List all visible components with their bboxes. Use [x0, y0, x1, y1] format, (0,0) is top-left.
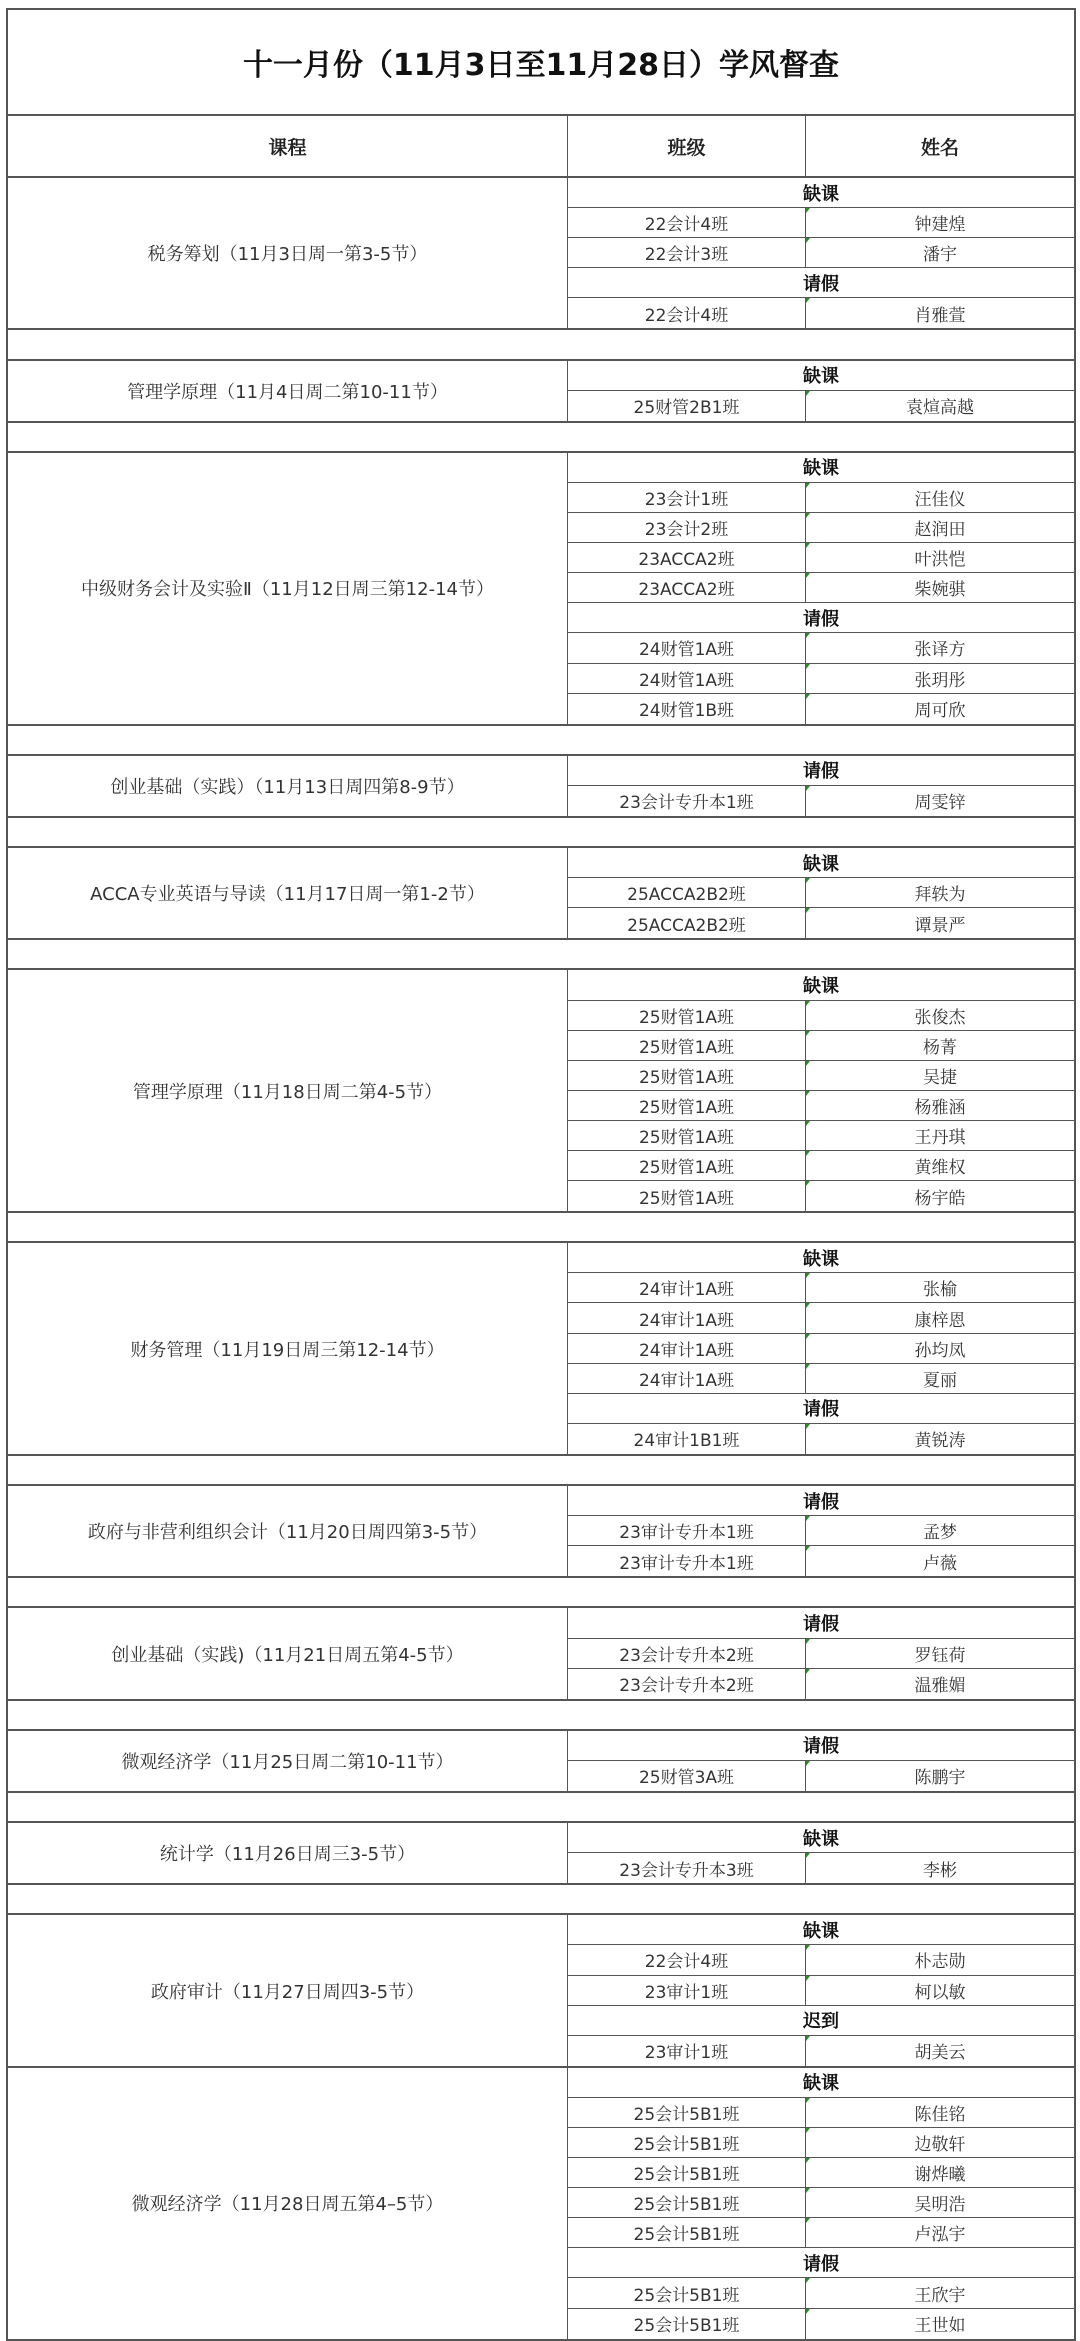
name-cell: 朴志勋: [806, 1945, 1074, 1974]
category-row: 缺课: [568, 2068, 1074, 2098]
name-cell: 张译方: [806, 633, 1074, 662]
class-cell: 25会计5B1班: [568, 2278, 806, 2307]
course-group: 微观经济学（11月25日周二第10-11节）请假25财管3A班陈鹏宇: [8, 1731, 1074, 1793]
class-cell: 25财管3A班: [568, 1761, 806, 1791]
class-cell: 25会计5B1班: [568, 2218, 806, 2247]
table-row: 22会计3班潘宇: [568, 238, 1074, 268]
course-group: 微观经济学（11月28日周五第4–5节）缺课25会计5B1班陈佳铭25会计5B1…: [8, 2068, 1074, 2339]
name-cell: 王欣宇: [806, 2278, 1074, 2307]
records: 请假23会计专升本1班周雯锌: [568, 756, 1074, 816]
course-cell: ACCA专业英语与导读（11月17日周一第1-2节）: [8, 848, 568, 938]
table-row: 22会计4班钟建煌: [568, 208, 1074, 238]
class-cell: 24财管1B班: [568, 694, 806, 724]
name-cell: 孟梦: [806, 1516, 1074, 1545]
class-cell: 25会计5B1班: [568, 2158, 806, 2187]
name-cell: 拜轶为: [806, 878, 1074, 907]
class-cell: 23ACCA2班: [568, 543, 806, 572]
name-cell: 李彬: [806, 1853, 1074, 1883]
spacer-row: [8, 940, 1074, 970]
table-row: 25财管1A班杨雅涵: [568, 1091, 1074, 1121]
spacer-row: [8, 1578, 1074, 1608]
spacer-row: [8, 330, 1074, 360]
category-row: 请假: [568, 756, 1074, 786]
name-cell: 孙均凤: [806, 1334, 1074, 1363]
name-cell: 吴明浩: [806, 2188, 1074, 2217]
class-cell: 24财管1A班: [568, 664, 806, 693]
spacer-row: [8, 1701, 1074, 1731]
class-cell: 23会计专升本3班: [568, 1853, 806, 1883]
category-row: 请假: [568, 2248, 1074, 2278]
name-cell: 杨菁: [806, 1031, 1074, 1060]
table-row: 24审计1B1班黄锐涛: [568, 1424, 1074, 1454]
table-row: 22会计4班朴志勋: [568, 1945, 1074, 1975]
name-cell: 汪佳仪: [806, 483, 1074, 512]
name-cell: 谭景严: [806, 908, 1074, 938]
class-cell: 25会计5B1班: [568, 2128, 806, 2157]
course-group: 管理学原理（11月18日周二第4-5节）缺课25财管1A班张俊杰25财管1A班杨…: [8, 970, 1074, 1213]
records: 缺课25会计5B1班陈佳铭25会计5B1班边敬轩25会计5B1班谢烨曦25会计5…: [568, 2068, 1074, 2339]
course-cell: 中级财务会计及实验Ⅱ（11月12日周三第12-14节）: [8, 453, 568, 724]
name-cell: 罗钰荷: [806, 1639, 1074, 1668]
table-row: 23会计专升本2班温雅媚: [568, 1669, 1074, 1699]
course-cell: 政府审计（11月27日周四3-5节）: [8, 1915, 568, 2065]
table-row: 23会计2班赵润田: [568, 513, 1074, 543]
class-cell: 22会计4班: [568, 208, 806, 237]
name-cell: 赵润田: [806, 513, 1074, 542]
course-group: 政府与非营利组织会计（11月20日周四第3-5节）请假23审计专升本1班孟梦23…: [8, 1486, 1074, 1578]
name-cell: 温雅媚: [806, 1669, 1074, 1699]
class-cell: 25财管2B1班: [568, 391, 806, 421]
table-row: 25财管3A班陈鹏宇: [568, 1761, 1074, 1791]
table-body: 税务筹划（11月3日周一第3-5节）缺课22会计4班钟建煌22会计3班潘宇请假2…: [8, 178, 1074, 2339]
records: 请假23审计专升本1班孟梦23审计专升本1班卢薇: [568, 1486, 1074, 1576]
records: 请假23会计专升本2班罗钰荷23会计专升本2班温雅媚: [568, 1608, 1074, 1698]
class-cell: 22会计4班: [568, 298, 806, 328]
name-cell: 周可欣: [806, 694, 1074, 724]
category-row: 缺课: [568, 1915, 1074, 1945]
table-row: 25财管1A班杨宇皓: [568, 1181, 1074, 1211]
table-row: 24审计1A班孙均凤: [568, 1334, 1074, 1364]
records: 缺课23会计专升本3班李彬: [568, 1823, 1074, 1883]
course-group: ACCA专业英语与导读（11月17日周一第1-2节）缺课25ACCA2B2班拜轶…: [8, 848, 1074, 940]
name-cell: 王丹琪: [806, 1121, 1074, 1150]
course-group: 政府审计（11月27日周四3-5节）缺课22会计4班朴志勋23审计1班柯以敏迟到…: [8, 1915, 1074, 2067]
name-cell: 肖雅萱: [806, 298, 1074, 328]
table-row: 25财管1A班张俊杰: [568, 1001, 1074, 1031]
records: 缺课25ACCA2B2班拜轶为25ACCA2B2班谭景严: [568, 848, 1074, 938]
class-cell: 23会计2班: [568, 513, 806, 542]
sheet-title: 十一月份（11月3日至11月28日）学风督查: [8, 10, 1074, 116]
class-cell: 23会计专升本2班: [568, 1669, 806, 1699]
spacer-row: [8, 1885, 1074, 1915]
class-cell: 25ACCA2B2班: [568, 908, 806, 938]
table-row: 23会计专升本2班罗钰荷: [568, 1639, 1074, 1669]
name-cell: 卢泓宇: [806, 2218, 1074, 2247]
course-group: 税务筹划（11月3日周一第3-5节）缺课22会计4班钟建煌22会计3班潘宇请假2…: [8, 178, 1074, 330]
class-cell: 22会计4班: [568, 1945, 806, 1974]
class-cell: 23审计1班: [568, 2036, 806, 2066]
header-class: 班级: [568, 116, 806, 176]
table-row: 24审计1A班张榆: [568, 1273, 1074, 1303]
class-cell: 25财管1A班: [568, 1121, 806, 1150]
name-cell: 谢烨曦: [806, 2158, 1074, 2187]
spacer-row: [8, 818, 1074, 848]
class-cell: 25财管1A班: [568, 1031, 806, 1060]
header-name: 姓名: [806, 116, 1074, 176]
table-row: 24财管1A班张玥彤: [568, 664, 1074, 694]
class-cell: 25会计5B1班: [568, 2188, 806, 2217]
spacer-row: [8, 1456, 1074, 1486]
table-row: 24审计1A班夏丽: [568, 1364, 1074, 1394]
table-row: 25会计5B1班王世如: [568, 2309, 1074, 2339]
category-row: 缺课: [568, 1823, 1074, 1853]
table-row: 23ACCA2班柴婉骐: [568, 573, 1074, 603]
category-row: 请假: [568, 1731, 1074, 1761]
table-row: 25会计5B1班边敬轩: [568, 2128, 1074, 2158]
name-cell: 周雯锌: [806, 786, 1074, 816]
records: 缺课22会计4班钟建煌22会计3班潘宇请假22会计4班肖雅萱: [568, 178, 1074, 328]
spacer-row: [8, 423, 1074, 453]
name-cell: 钟建煌: [806, 208, 1074, 237]
header-course: 课程: [8, 116, 568, 176]
table-row: 25财管1A班黄维权: [568, 1151, 1074, 1181]
course-cell: 管理学原理（11月4日周二第10-11节）: [8, 361, 568, 421]
records: 缺课24审计1A班张榆24审计1A班康梓恩24审计1A班孙均凤24审计1A班夏丽…: [568, 1243, 1074, 1454]
course-group: 管理学原理（11月4日周二第10-11节）缺课25财管2B1班袁煊高越: [8, 361, 1074, 423]
class-cell: 24审计1A班: [568, 1273, 806, 1302]
class-cell: 23会计专升本1班: [568, 786, 806, 816]
name-cell: 陈佳铭: [806, 2098, 1074, 2127]
table-row: 25会计5B1班吴明浩: [568, 2188, 1074, 2218]
course-group: 财务管理（11月19日周三第12-14节）缺课24审计1A班张榆24审计1A班康…: [8, 1243, 1074, 1456]
name-cell: 张榆: [806, 1273, 1074, 1302]
category-row: 缺课: [568, 970, 1074, 1000]
name-cell: 王世如: [806, 2309, 1074, 2339]
class-cell: 24审计1A班: [568, 1364, 806, 1393]
records: 请假25财管3A班陈鹏宇: [568, 1731, 1074, 1791]
category-row: 请假: [568, 1394, 1074, 1424]
name-cell: 袁煊高越: [806, 391, 1074, 421]
name-cell: 张俊杰: [806, 1001, 1074, 1030]
category-row: 缺课: [568, 848, 1074, 878]
name-cell: 边敬轩: [806, 2128, 1074, 2157]
course-cell: 税务筹划（11月3日周一第3-5节）: [8, 178, 568, 328]
class-cell: 25财管1A班: [568, 1151, 806, 1180]
table-row: 25会计5B1班卢泓宇: [568, 2218, 1074, 2248]
table-row: 25会计5B1班王欣宇: [568, 2278, 1074, 2308]
class-cell: 23审计1班: [568, 1976, 806, 2005]
records: 缺课22会计4班朴志勋23审计1班柯以敏迟到23审计1班胡美云: [568, 1915, 1074, 2065]
category-row: 请假: [568, 603, 1074, 633]
table-row: 23审计1班胡美云: [568, 2036, 1074, 2066]
table-row: 23审计专升本1班卢薇: [568, 1546, 1074, 1576]
name-cell: 杨雅涵: [806, 1091, 1074, 1120]
name-cell: 张玥彤: [806, 664, 1074, 693]
table-row: 25会计5B1班陈佳铭: [568, 2098, 1074, 2128]
course-group: 创业基础（实践）（11月13日周四第8-9节）请假23会计专升本1班周雯锌: [8, 756, 1074, 818]
table-row: 23会计专升本3班李彬: [568, 1853, 1074, 1883]
spacer-row: [8, 1213, 1074, 1243]
records: 缺课23会计1班汪佳仪23会计2班赵润田23ACCA2班叶洪恺23ACCA2班柴…: [568, 453, 1074, 724]
name-cell: 黄维权: [806, 1151, 1074, 1180]
course-cell: 财务管理（11月19日周三第12-14节）: [8, 1243, 568, 1454]
course-cell: 微观经济学（11月28日周五第4–5节）: [8, 2068, 568, 2339]
course-cell: 微观经济学（11月25日周二第10-11节）: [8, 1731, 568, 1791]
course-group: 创业基础（实践)（11月21日周五第4-5节）请假23会计专升本2班罗钰荷23会…: [8, 1608, 1074, 1700]
table-row: 24财管1A班张译方: [568, 633, 1074, 663]
class-cell: 25财管1A班: [568, 1001, 806, 1030]
category-row: 请假: [568, 268, 1074, 298]
spacer-row: [8, 726, 1074, 756]
name-cell: 杨宇皓: [806, 1181, 1074, 1211]
class-cell: 23审计专升本1班: [568, 1516, 806, 1545]
table-row: 23ACCA2班叶洪恺: [568, 543, 1074, 573]
class-cell: 25财管1A班: [568, 1091, 806, 1120]
class-cell: 25会计5B1班: [568, 2098, 806, 2127]
attendance-sheet: 十一月份（11月3日至11月28日）学风督查 课程 班级 姓名 税务筹划（11月…: [6, 8, 1076, 2339]
class-cell: 25财管1A班: [568, 1061, 806, 1090]
name-cell: 吴捷: [806, 1061, 1074, 1090]
course-cell: 创业基础（实践)（11月21日周五第4-5节）: [8, 1608, 568, 1698]
table-row: 25财管1A班王丹琪: [568, 1121, 1074, 1151]
course-cell: 统计学（11月26日周三3-5节）: [8, 1823, 568, 1883]
table-row: 25ACCA2B2班拜轶为: [568, 878, 1074, 908]
category-row: 缺课: [568, 361, 1074, 391]
class-cell: 24审计1B1班: [568, 1424, 806, 1454]
table-row: 25财管1A班吴捷: [568, 1061, 1074, 1091]
name-cell: 潘宇: [806, 238, 1074, 267]
table-row: 24财管1B班周可欣: [568, 694, 1074, 724]
name-cell: 卢薇: [806, 1546, 1074, 1576]
table-row: 24审计1A班康梓恩: [568, 1303, 1074, 1333]
table-row: 23会计1班汪佳仪: [568, 483, 1074, 513]
table-row: 23会计专升本1班周雯锌: [568, 786, 1074, 816]
records: 缺课25财管2B1班袁煊高越: [568, 361, 1074, 421]
course-cell: 政府与非营利组织会计（11月20日周四第3-5节）: [8, 1486, 568, 1576]
class-cell: 23ACCA2班: [568, 573, 806, 602]
course-cell: 创业基础（实践）（11月13日周四第8-9节）: [8, 756, 568, 816]
category-row: 缺课: [568, 178, 1074, 208]
table-row: 23审计专升本1班孟梦: [568, 1516, 1074, 1546]
name-cell: 胡美云: [806, 2036, 1074, 2066]
table-row: 23审计1班柯以敏: [568, 1976, 1074, 2006]
category-row: 缺课: [568, 1243, 1074, 1273]
class-cell: 25财管1A班: [568, 1181, 806, 1211]
records: 缺课25财管1A班张俊杰25财管1A班杨菁25财管1A班吴捷25财管1A班杨雅涵…: [568, 970, 1074, 1211]
spacer-row: [8, 1793, 1074, 1823]
class-cell: 24审计1A班: [568, 1334, 806, 1363]
class-cell: 23审计专升本1班: [568, 1546, 806, 1576]
name-cell: 叶洪恺: [806, 543, 1074, 572]
class-cell: 24财管1A班: [568, 633, 806, 662]
category-row: 缺课: [568, 453, 1074, 483]
column-header-row: 课程 班级 姓名: [8, 116, 1074, 178]
name-cell: 夏丽: [806, 1364, 1074, 1393]
name-cell: 柯以敏: [806, 1976, 1074, 2005]
class-cell: 23会计专升本2班: [568, 1639, 806, 1668]
class-cell: 24审计1A班: [568, 1303, 806, 1332]
table-row: 25财管2B1班袁煊高越: [568, 391, 1074, 421]
class-cell: 22会计3班: [568, 238, 806, 267]
name-cell: 陈鹏宇: [806, 1761, 1074, 1791]
category-row: 迟到: [568, 2006, 1074, 2036]
class-cell: 25会计5B1班: [568, 2309, 806, 2339]
name-cell: 柴婉骐: [806, 573, 1074, 602]
course-group: 中级财务会计及实验Ⅱ（11月12日周三第12-14节）缺课23会计1班汪佳仪23…: [8, 453, 1074, 726]
name-cell: 康梓恩: [806, 1303, 1074, 1332]
table-row: 25ACCA2B2班谭景严: [568, 908, 1074, 938]
name-cell: 黄锐涛: [806, 1424, 1074, 1454]
category-row: 请假: [568, 1486, 1074, 1516]
course-cell: 管理学原理（11月18日周二第4-5节）: [8, 970, 568, 1211]
class-cell: 23会计1班: [568, 483, 806, 512]
course-group: 统计学（11月26日周三3-5节）缺课23会计专升本3班李彬: [8, 1823, 1074, 1885]
table-row: 25会计5B1班谢烨曦: [568, 2158, 1074, 2188]
table-row: 25财管1A班杨菁: [568, 1031, 1074, 1061]
category-row: 请假: [568, 1608, 1074, 1638]
class-cell: 25ACCA2B2班: [568, 878, 806, 907]
table-row: 22会计4班肖雅萱: [568, 298, 1074, 328]
